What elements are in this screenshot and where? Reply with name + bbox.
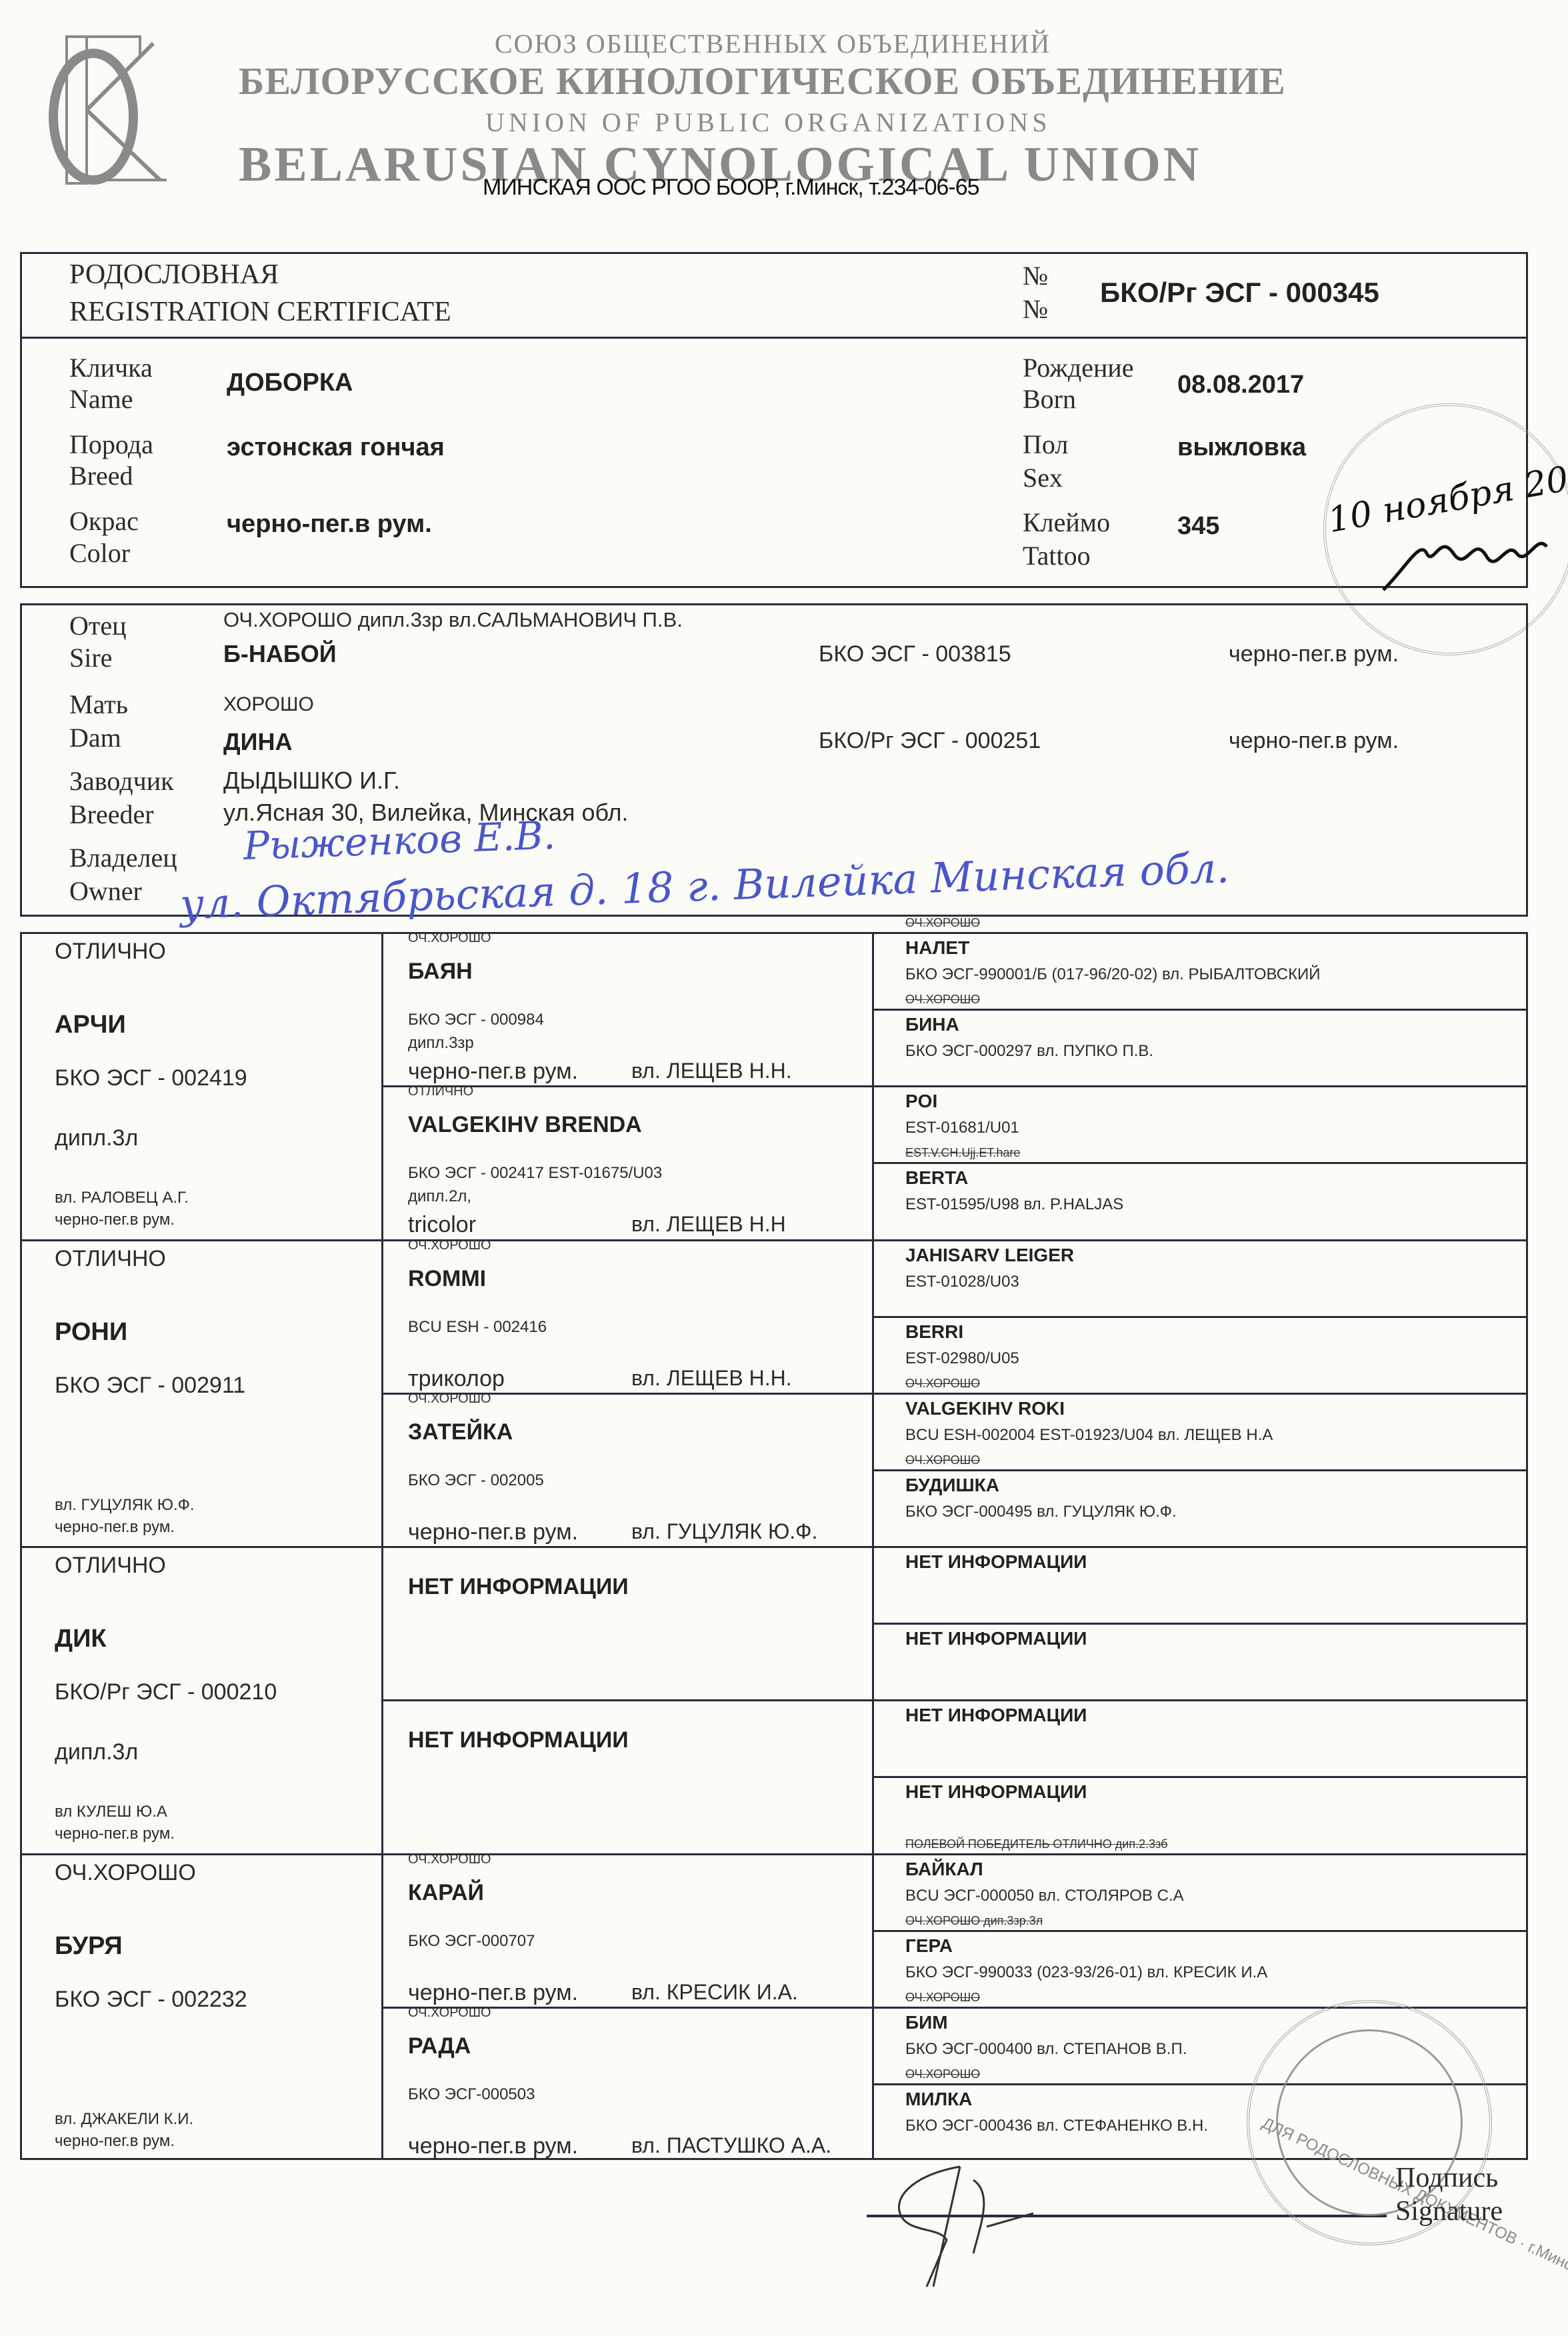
ancestor-name: БАЙКАЛ [905,1859,983,1880]
dog-tattoo: 345 [1177,512,1219,541]
dam-reg: БКО/Рг ЭСГ - 000251 [819,728,1041,754]
ancestor-color: черно-пег.в рум. [408,2133,578,2159]
letterhead-union-en: UNION OF PUBLIC ORGANIZATIONS [485,107,1051,138]
ancestor-grade: ОЧ.ХОРОШО [408,1238,491,1253]
sire-reg: БКО ЭСГ - 003815 [819,641,1011,667]
ancestor-reg: БКО ЭСГ - 002417 EST-01675/U03 [408,1164,662,1183]
ancestor-grade: ОЧ.ХОРОШО [408,2005,491,2021]
ancestor-name: ROMMI [408,1266,486,1292]
grid-divider [872,1930,1528,1932]
ancestor-grade: ОЧ.ХОРОШО [905,2067,980,2081]
ancestor-name: НАЛЕТ [905,937,969,959]
ancestor-name: БУДИШКА [905,1475,999,1496]
ancestor-name-unknown: НЕТ ИНФОРМАЦИИ [408,1727,629,1753]
ancestor-grade: EST.V.CH.Ujj.ET.hare [905,1146,1020,1160]
ancestor-details: BCU ЭСГ-000050 вл. СТОЛЯРОВ С.А [905,1887,1184,1905]
certificate-title-ru: РОДОСЛОВНАЯ [69,259,279,291]
ancestor-grade: ПОЛЕВОЙ ПОБЕДИТЕЛЬ ОТЛИЧНО дип.2.3зб [905,1837,1167,1851]
ancestor-color: черно-пег.в рум. [55,1518,175,1537]
ancestor-reg: БКО ЭСГ-000707 [408,1932,535,1951]
ancestor-grade: ОЧ.ХОРОШО [905,1377,980,1391]
grid-divider [381,1699,872,1701]
dog-born: 08.08.2017 [1177,371,1304,399]
sex-label-en: Sex [1023,462,1063,494]
grid-divider [20,1239,381,1241]
dog-name: ДОБОРКА [227,369,353,397]
dog-sex: выжловка [1177,433,1306,462]
letterhead-union-ru: СОЮЗ ОБЩЕСТВЕННЫХ ОБЪЕДИНЕНИЙ [495,28,1051,59]
ancestor-grade: ОТЛИЧНО [55,1246,166,1272]
ancestor-reg: БКО ЭСГ - 002419 [55,1065,247,1091]
ancestor-grade: ОЧ.ХОРОШО [408,931,491,946]
ancestor-owner: вл. КРЕСИК И.А. [631,1980,798,2005]
grid-divider [872,1853,1528,1855]
ancestor-reg: БКО/Рг ЭСГ - 000210 [55,1679,277,1705]
breed-label-ru: Порода [69,429,153,461]
letterhead-address: МИНСКАЯ ООС РГОО БООР, г.Минск, т.234-06… [483,175,979,201]
ancestor-owner: вл. ЛЕЩЕВ Н.Н. [631,1366,792,1391]
signature-label-ru: Подпись [1395,2162,1498,2194]
ancestor-name: МИЛКА [905,2089,972,2110]
ancestor-color: триколор [408,1366,505,1392]
ancestor-details: BCU ESH-002004 EST-01923/U04 вл. ЛЕЩЕВ Н… [905,1426,1273,1445]
number-label-2: № [1023,293,1048,325]
grid-divider [872,1162,1528,1164]
grid-divider [20,1546,381,1548]
ancestor-grade: ОЧ.ХОРОШО дип.3зр.3л [905,1914,1043,1928]
ancestor-owner: вл КУЛЕШ Ю.А [55,1803,167,1821]
ancestor-color: черно-пег.в рум. [55,1825,175,1843]
tattoo-label-en: Tattoo [1023,540,1091,572]
ancestor-details: EST-01681/U01 [905,1119,1019,1137]
ancestor-name: VALGEKIHV ROKI [905,1398,1065,1419]
grid-divider [872,1469,1528,1471]
ancestor-grade: ОТЛИЧНО [55,1553,166,1579]
breeder-label-ru: Заводчик [69,765,174,797]
ancestor-details: БКО ЭСГ-000297 вл. ПУПКО П.В. [905,1042,1153,1061]
ancestor-diploma: дипл.2л, [408,1187,471,1206]
ancestor-name-unknown: НЕТ ИНФОРМАЦИИ [408,1574,629,1600]
sire-grade: ОЧ.ХОРОШО дипл.3зр вл.САЛЬМАНОВИЧ П.В. [223,608,683,632]
ancestor-details: БКО ЭСГ-000495 вл. ГУЦУЛЯК Ю.Ф. [905,1503,1177,1521]
dog-breed: эстонская гончая [227,433,445,462]
ancestor-name-unknown: НЕТ ИНФОРМАЦИИ [905,1551,1087,1573]
sire-label-en: Sire [69,642,112,674]
ancestor-grade: ОЧ.ХОРОШО [55,1860,196,1886]
ancestor-grade: ОЧ.ХОРОШО [408,1391,491,1407]
dam-label-en: Dam [69,722,121,754]
ancestor-name-unknown: НЕТ ИНФОРМАЦИИ [905,1628,1087,1649]
ancestor-name: ДИК [55,1625,107,1653]
ancestor-color: черно-пег.в рум. [408,1519,578,1545]
signature-bottom-icon [880,2153,1053,2297]
grid-divider [872,2007,1528,2009]
dog-color: черно-пег.в рум. [227,510,432,539]
ancestor-details: EST-02980/U05 [905,1349,1019,1368]
ancestor-grade: ОЧ.ХОРОШО [905,993,980,1007]
ancestor-color: черно-пег.в рум. [408,1059,578,1085]
signature-label-en: Signature [1395,2195,1503,2227]
ancestor-details: EST-01028/U03 [905,1273,1019,1291]
owner-label-ru: Владелец [69,842,177,874]
sire-color: черно-пег.в рум. [1229,641,1399,667]
grid-divider [872,1239,1528,1241]
ancestor-name: БАЯН [408,959,473,985]
ancestor-name: ГЕРА [905,1935,953,1957]
ancestor-color: черно-пег.в рум. [408,1980,578,2006]
ancestor-name: BERTA [905,1167,968,1189]
grid-divider [872,1699,1528,1701]
ancestor-name: ЗАТЕЙКА [408,1419,513,1445]
ancestor-reg: БКО ЭСГ - 002005 [408,1471,544,1490]
ancestor-reg: БКО ЭСГ - 002911 [55,1373,245,1399]
ancestor-owner: вл. РАЛОВЕЦ А.Г. [55,1189,189,1207]
ancestor-details: БКО ЭСГ-990001/Б (017-96/20-02) вл. РЫБА… [905,965,1321,984]
ancestor-name: КАРАЙ [408,1880,484,1906]
ancestor-grade: ОЧ.ХОРОШО [408,1852,491,1867]
ancestor-name: VALGEKIHV BRENDA [408,1112,642,1138]
signature-top-icon [1380,527,1553,597]
ancestor-color: tricolor [408,1212,476,1238]
dam-color: черно-пег.в рум. [1229,728,1399,754]
dam-label-ru: Мать [69,689,128,721]
certificate-number: БКО/Рг ЭСГ - 000345 [1100,277,1379,309]
ancestor-name: БУРЯ [55,1932,123,1961]
grid-divider [872,1316,1528,1318]
ancestor-name: РАДА [408,2033,471,2059]
ancestor-reg: БКО ЭСГ - 000984 [408,1011,544,1029]
breeder-label-en: Breeder [69,799,154,831]
ancestor-grade: ОЧ.ХОРОШО [905,1991,980,2005]
grid-divider [872,1393,1528,1395]
name-label-ru: Кличка [69,352,153,384]
owner-label-en: Owner [69,875,142,907]
born-label-en: Born [1023,383,1076,415]
ancestor-grade: ОТЛИЧНО [55,939,166,965]
grid-divider [872,1623,1528,1625]
ancestor-owner: вл. ПАСТУШКО А.А. [631,2133,831,2158]
grid-divider [872,1009,1528,1011]
color-label-en: Color [69,537,130,569]
ancestor-name: БИМ [905,2012,948,2033]
ancestor-details: EST-01595/U98 вл. P.HALJAS [905,1195,1123,1214]
ancestor-grade: ОЧ.ХОРОШО [905,1453,980,1467]
ancestor-diploma: дипл.3л [55,1739,138,1765]
ancestor-diploma: дипл.3зр [408,1034,474,1053]
grid-divider [872,1085,1528,1087]
ancestor-owner: вл. ЛЕЩЕВ Н.Н [631,1212,786,1237]
ancestor-name: JAHISARV LEIGER [905,1245,1074,1266]
ancestor-color: черно-пег.в рум. [55,1211,175,1229]
ancestor-owner: вл. ГУЦУЛЯК Ю.Ф. [631,1519,817,1544]
number-label-1: № [1023,260,1048,292]
ancestor-name: POI [905,1091,937,1112]
sex-label-ru: Пол [1023,429,1068,461]
ancestor-reg: БКО ЭСГ - 002232 [55,1987,247,2013]
dam-grade: ХОРОШО [223,693,314,716]
color-label-ru: Окрас [69,505,139,537]
ancestor-name: АРЧИ [55,1011,126,1039]
sire-name: Б-НАБОЙ [223,640,337,668]
ancestor-name: БИНА [905,1014,959,1035]
ancestor-name: РОНИ [55,1318,127,1347]
ancestor-grade: ОТЛИЧНО [408,1084,473,1099]
ancestor-name-unknown: НЕТ ИНФОРМАЦИИ [905,1705,1087,1726]
ancestor-owner: вл. ДЖАКЕЛИ К.И. [55,2110,193,2129]
ancestor-details: БКО ЭСГ-000436 вл. СТЕФАНЕНКО В.Н. [905,2117,1208,2135]
ancestor-name-unknown: НЕТ ИНФОРМАЦИИ [905,1781,1087,1803]
grid-divider [381,1546,872,1548]
ancestor-diploma: дипл.3л [55,1125,138,1151]
ancestor-color: черно-пег.в рум. [55,2132,175,2151]
tattoo-label-ru: Клеймо [1023,507,1110,539]
ancestor-name: BERRI [905,1321,963,1343]
ancestor-owner: вл. ЛЕЩЕВ Н.Н. [631,1059,792,1083]
certificate-title-en: REGISTRATION CERTIFICATE [69,296,451,328]
sire-label-ru: Отец [69,610,127,642]
ancestor-reg: БКО ЭСГ-000503 [408,2085,535,2104]
ancestor-grade: ОЧ.ХОРОШО [905,916,980,930]
letterhead-org-ru: БЕЛОРУССКОЕ КИНОЛОГИЧЕСКОЕ ОБЪЕДИНЕНИЕ [239,59,1286,103]
grid-divider [20,1853,381,1855]
dam-name: ДИНА [223,728,293,756]
ancestor-details: БКО ЭСГ-000400 вл. СТЕПАНОВ В.П. [905,2040,1187,2059]
ancestor-reg: BCU ESH - 002416 [408,1318,547,1337]
bku-logo-icon [40,30,180,187]
born-label-ru: Рождение [1023,352,1134,384]
name-label-en: Name [69,383,133,415]
breeder-name: ДЫДЫШКО И.Г. [223,767,400,795]
ancestor-details: БКО ЭСГ-990033 (023-93/26-01) вл. КРЕСИК… [905,1963,1267,1982]
grid-divider [872,1546,1528,1548]
grid-divider [872,1776,1528,1778]
ancestor-owner: вл. ГУЦУЛЯК Ю.Ф. [55,1496,195,1515]
breed-label-en: Breed [69,460,133,492]
